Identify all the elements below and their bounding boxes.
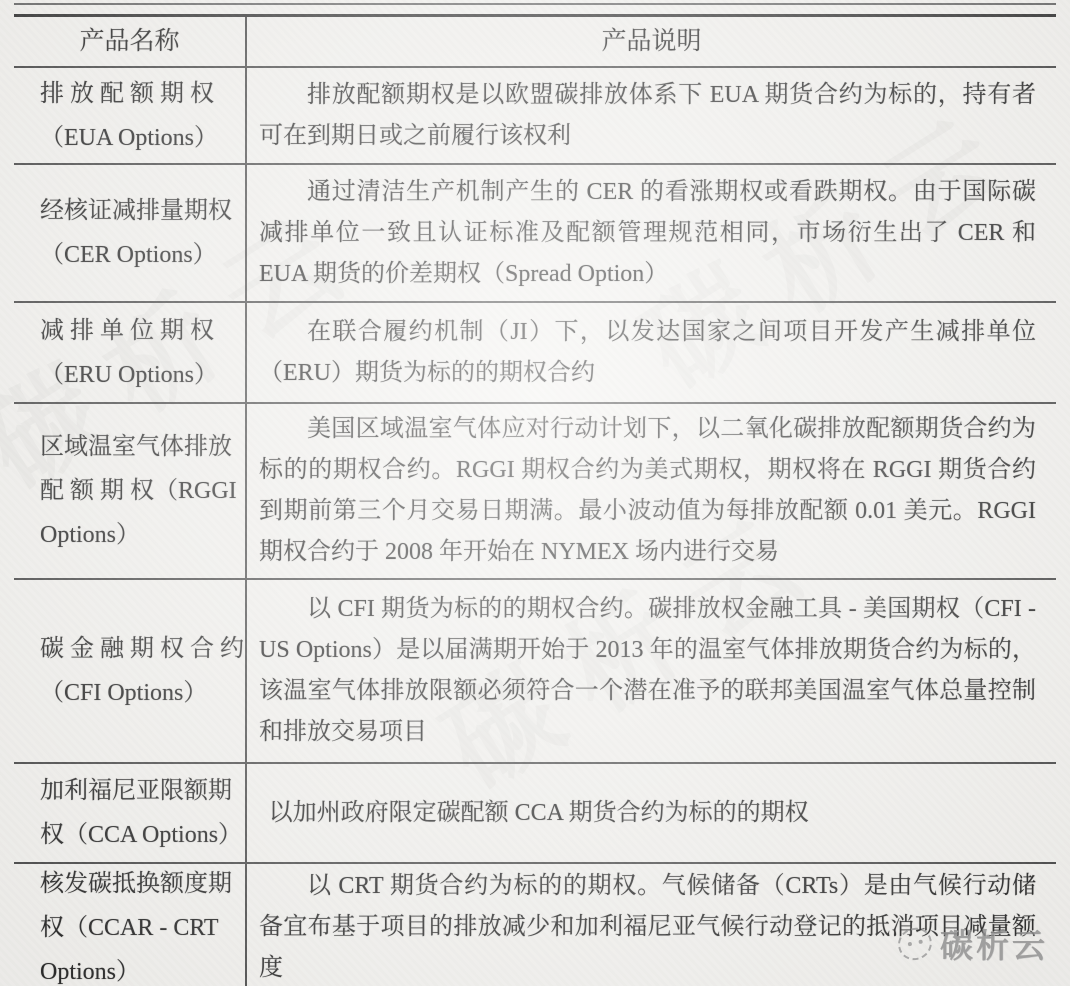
product-name-line: （CFI Options）	[40, 671, 237, 715]
product-table: 产品名称 产品说明 排 放 配 额 期 权 （EUA Options） 排放配额…	[14, 14, 1056, 986]
product-name-cell: 区域温室气体排放 配 额 期 权（RGGI Options）	[14, 404, 247, 578]
product-name-line: 经核证减排量期权	[40, 189, 237, 233]
product-description-cell: 在联合履约机制（JI）下，以发达国家之间项目开发产生减排单位（ERU）期货为标的…	[247, 303, 1056, 402]
product-description-text: 以 CFI 期货为标的的期权合约。碳排放权金融工具 - 美国期权（CFI - U…	[259, 589, 1036, 753]
table-row-eua-options: 排 放 配 额 期 权 （EUA Options） 排放配额期权是以欧盟碳排放体…	[14, 66, 1056, 163]
product-name-line: 加利福尼亚限额期	[40, 769, 237, 813]
product-description-text: 通过清洁生产机制产生的 CER 的看涨期权或看跌期权。由于国际碳减排单位一致且认…	[259, 172, 1036, 295]
brand-watermark: 碳析云	[898, 920, 1048, 967]
product-name-cell: 核发碳抵换额度期 权（CCAR - CRT Options）	[14, 864, 247, 986]
product-description-text: 在联合履约机制（JI）下，以发达国家之间项目开发产生减排单位（ERU）期货为标的…	[259, 312, 1036, 394]
table-row-cer-options: 经核证减排量期权 （CER Options） 通过清洁生产机制产生的 CER 的…	[14, 163, 1056, 301]
product-name-cell: 排 放 配 额 期 权 （EUA Options）	[14, 68, 247, 163]
product-name-line: 减 排 单 位 期 权	[40, 309, 237, 353]
product-description-cell: 以加州政府限定碳配额 CCA 期货合约为标的的期权	[247, 764, 1056, 862]
product-name-line: （EUA Options）	[40, 116, 237, 160]
product-description-text: 排放配额期权是以欧盟碳排放体系下 EUA 期货合约为标的，持有者可在到期日或之前…	[259, 75, 1036, 157]
product-name-line: （ERU Options）	[40, 353, 237, 397]
product-description-cell: 以 CFI 期货为标的的期权合约。碳排放权金融工具 - 美国期权（CFI - U…	[247, 580, 1056, 762]
header-product-description: 产品说明	[247, 17, 1056, 66]
cloud-logo-icon	[895, 924, 935, 962]
table-row-rggi-options: 区域温室气体排放 配 额 期 权（RGGI Options） 美国区域温室气体应…	[14, 402, 1056, 578]
product-description-cell: 排放配额期权是以欧盟碳排放体系下 EUA 期货合约为标的，持有者可在到期日或之前…	[247, 68, 1056, 163]
product-description-text: 美国区域温室气体应对行动计划下，以二氧化碳排放配额期货合约为标的的期权合约。RG…	[259, 409, 1036, 573]
product-name-cell: 加利福尼亚限额期 权（CCA Options）	[14, 764, 247, 862]
product-name-line: 排 放 配 额 期 权	[40, 72, 237, 116]
table-row-cfi-options: 碳 金 融 期 权 合 约 （CFI Options） 以 CFI 期货为标的的…	[14, 578, 1056, 762]
product-name-cell: 减 排 单 位 期 权 （ERU Options）	[14, 303, 247, 402]
product-description-text: 以加州政府限定碳配额 CCA 期货合约为标的的期权	[259, 793, 1036, 834]
product-name-line: 核发碳抵换额度期	[40, 862, 237, 906]
brand-watermark-label: 碳析云	[940, 920, 1048, 967]
product-name-cell: 经核证减排量期权 （CER Options）	[14, 165, 247, 301]
header-product-name-label: 产品名称	[79, 20, 179, 64]
product-name-line: 配 额 期 权（RGGI	[40, 469, 237, 513]
scanned-table-sheet: 产品名称 产品说明 排 放 配 额 期 权 （EUA Options） 排放配额…	[14, 3, 1056, 986]
product-name-line: 权（CCAR - CRT	[40, 906, 237, 950]
table-row-eru-options: 减 排 单 位 期 权 （ERU Options） 在联合履约机制（JI）下，以…	[14, 301, 1056, 402]
header-product-name: 产品名称	[14, 17, 247, 66]
table-row-cca-options: 加利福尼亚限额期 权（CCA Options） 以加州政府限定碳配额 CCA 期…	[14, 762, 1056, 862]
product-name-line: 碳 金 融 期 权 合 约	[40, 627, 237, 671]
product-description-cell: 通过清洁生产机制产生的 CER 的看涨期权或看跌期权。由于国际碳减排单位一致且认…	[247, 165, 1056, 301]
product-description-cell: 美国区域温室气体应对行动计划下，以二氧化碳排放配额期货合约为标的的期权合约。RG…	[247, 404, 1056, 578]
product-name-line: （CER Options）	[40, 233, 237, 277]
product-name-line: Options）	[40, 513, 237, 557]
table-top-thin-rule	[14, 3, 1056, 5]
table-header-row: 产品名称 产品说明	[14, 17, 1056, 66]
product-name-line: Options）	[40, 950, 237, 986]
product-name-line: 权（CCA Options）	[40, 813, 237, 857]
product-name-cell: 碳 金 融 期 权 合 约 （CFI Options）	[14, 580, 247, 762]
product-name-line: 区域温室气体排放	[40, 425, 237, 469]
header-product-description-label: 产品说明	[601, 21, 701, 62]
